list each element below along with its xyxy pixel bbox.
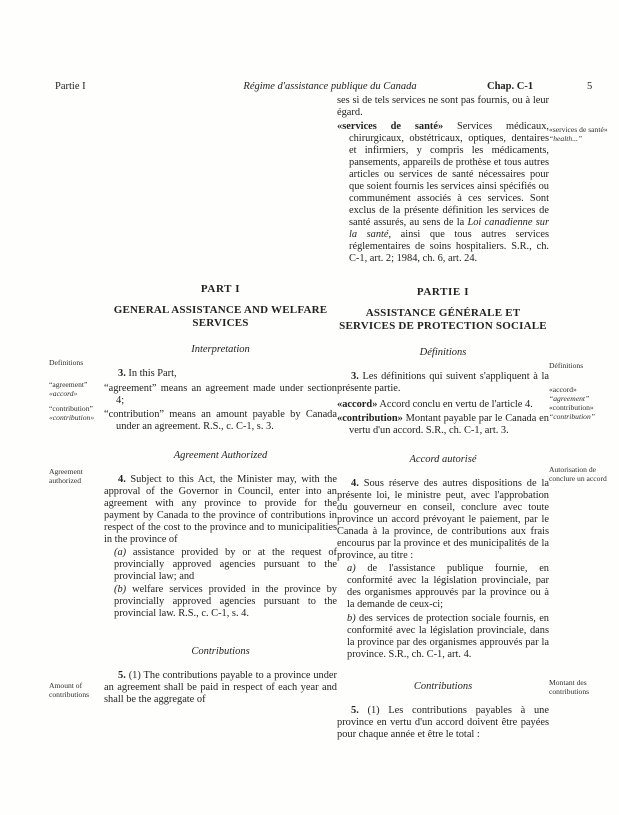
fr-section-4-text: Sous réserve des autres dispositions de … (337, 478, 549, 561)
fr-section-5: 5. (1) Les contributions payables à une … (337, 705, 549, 741)
header-running-title: Régime d'assistance publique du Canada (160, 81, 500, 92)
en-section-5-number: 5. (118, 670, 126, 681)
en-section-4: 4. Subject to this Act, the Minister may… (104, 474, 337, 546)
fr-def-sante: «services de santé» Services médicaux, c… (337, 121, 549, 265)
margin-note-agreement-authorized: Agreement authorized (49, 468, 101, 486)
en-def-contribution: “contribution” means an amount payable b… (104, 409, 337, 433)
fr-section-3-text: Les définitions qui suivent s'appliquent… (337, 371, 549, 394)
fr-section-4-clause-a: a) de l'assistance publique fournie, en … (347, 563, 549, 611)
fr-definitions-heading: Définitions (337, 347, 549, 358)
margin-note-services-de-sante: «services de santé» “health...” (549, 126, 613, 144)
header-chapter-label: Chap. C-1 (487, 81, 533, 92)
fr-accord-autorise-heading: Accord autorisé (337, 454, 549, 465)
en-interpretation-heading: Interpretation (104, 344, 337, 355)
fr-clause-b-text: des services de protection sociale fourn… (347, 613, 549, 660)
en-section-3-number: 3. (118, 368, 126, 379)
margin-note-autorisation: Autorisation de conclure un accord (549, 466, 613, 484)
margin-note-accord-fr: «accord» (549, 385, 577, 394)
en-agreement-authorized-heading: Agreement Authorized (104, 450, 337, 461)
header-page-number: 5 (587, 81, 592, 92)
en-section-3: 3. In this Part, (104, 368, 337, 380)
en-clause-b-marker: (b) (114, 584, 126, 595)
en-section-5: 5. (1) The contributions payable to a pr… (104, 670, 337, 706)
fr-clause-b-marker: b) (347, 613, 356, 624)
fr-clause-a-marker: a) (347, 563, 356, 574)
en-section-4-text: Subject to this Act, the Minister may, w… (104, 474, 337, 545)
fr-part-title: ASSISTANCE GÉNÉRALE ET SERVICES DE PROTE… (337, 307, 549, 332)
fr-def-sante-text-1: Services médicaux, chirurgicaux, obstétr… (349, 121, 549, 228)
en-contributions-heading: Contributions (104, 646, 337, 657)
fr-def-accord: «accord» Accord conclu en vertu de l'art… (337, 399, 549, 411)
en-clause-a-marker: (a) (114, 547, 126, 558)
en-section-4-clause-b: (b) welfare services provided in the pro… (114, 584, 337, 620)
margin-note-agreement: “agreement” «accord» (49, 381, 101, 399)
margin-note-montant: Montant des contributions (549, 679, 613, 697)
fr-clause-a-text: de l'assistance publique fournie, en con… (347, 563, 549, 610)
margin-note-accord-en: “agreement” (549, 394, 589, 403)
fr-def-contribution-term: «contribution» (337, 413, 403, 424)
en-section-4-clause-a: (a) assistance provided by or at the req… (114, 547, 337, 583)
margin-note-contribution-fr-col: «contribution» “contribution” (549, 404, 613, 422)
margin-note-definitions-fr: Définitions (549, 362, 613, 371)
en-section-5-text: (1) The contributions payable to a provi… (104, 670, 337, 705)
en-clause-a-text: assistance provided by or at the request… (114, 547, 337, 582)
fr-section-5-number: 5. (351, 705, 359, 716)
english-column: PART I GENERAL ASSISTANCE AND WELFARE SE… (104, 283, 337, 706)
en-section-4-number: 4. (118, 474, 126, 485)
fr-def-sante-term: «services de santé» (337, 121, 443, 132)
margin-note-sante-en: “health...” (549, 134, 582, 143)
margin-note-contribution-fr: «contribution» (49, 413, 94, 422)
fr-def-accord-term: «accord» (337, 399, 377, 410)
en-def-agreement: “agreement” means an agreement made unde… (104, 383, 337, 407)
margin-note-amount-of-contributions: Amount of contributions (49, 682, 101, 700)
fr-section-4-clause-b: b) des services de protection sociale fo… (347, 613, 549, 661)
fr-contributions-heading: Contributions (337, 681, 549, 692)
margin-note-contribution: “contribution” «contribution» (49, 405, 101, 423)
margin-note-agreement-en: “agreement” (49, 380, 87, 389)
fr-def-contribution: «contribution» Montant payable par le Ca… (337, 413, 549, 437)
fr-continuation-paragraph: ses si de tels services ne sont pas four… (337, 95, 549, 119)
fr-part-heading: PARTIE I (337, 286, 549, 298)
fr-def-accord-text: Accord conclu en vertu de l'article 4. (377, 399, 532, 410)
document-page: Partie I Régime d'assistance publique du… (0, 0, 619, 815)
en-section-3-text: In this Part, (126, 368, 177, 379)
margin-note-contribution-en-term: “contribution” (549, 412, 595, 421)
en-part-title: GENERAL ASSISTANCE AND WELFARE SERVICES (104, 304, 337, 329)
header-part-label: Partie I (55, 81, 86, 92)
en-part-heading: PART I (104, 283, 337, 295)
fr-section-4-number: 4. (351, 478, 359, 489)
fr-section-3: 3. Les définitions qui suivent s'appliqu… (337, 371, 549, 395)
en-clause-b-text: welfare services provided in the provinc… (114, 584, 337, 619)
fr-section-3-number: 3. (351, 371, 359, 382)
french-column: ses si de tels services ne sont pas four… (337, 95, 549, 741)
margin-note-definitions-en: Definitions (49, 359, 101, 368)
margin-note-accord: «accord» “agreement” (549, 386, 613, 404)
margin-note-sante-fr: «services de santé» (549, 125, 608, 134)
margin-note-agreement-fr: «accord» (49, 389, 77, 398)
margin-note-contribution-en: “contribution” (49, 404, 93, 413)
fr-section-4: 4. Sous réserve des autres dispositions … (337, 478, 549, 562)
fr-section-5-text: (1) Les contributions payables à une pro… (337, 705, 549, 740)
margin-note-contribution-fr-term: «contribution» (549, 403, 594, 412)
